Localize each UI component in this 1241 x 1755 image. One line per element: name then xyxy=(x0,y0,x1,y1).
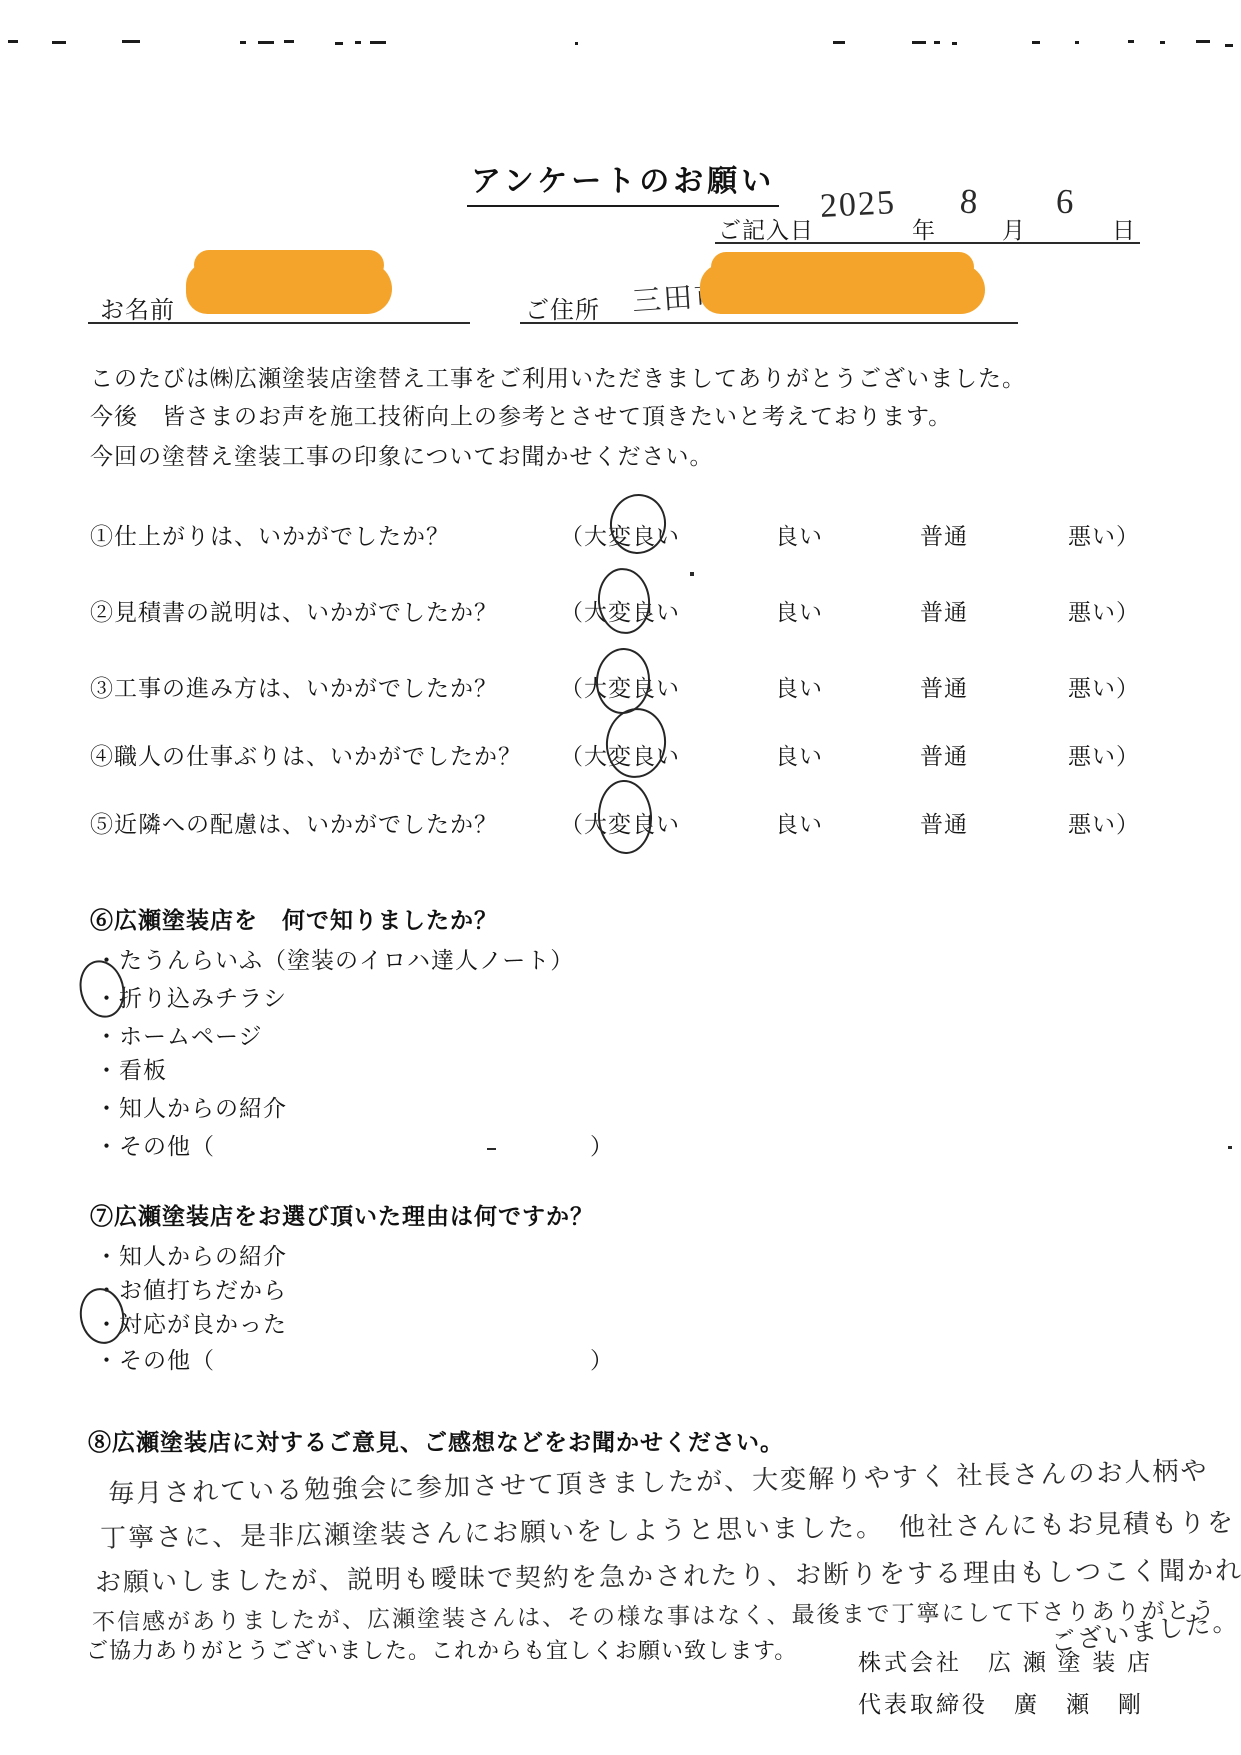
question-2-text: ②見積書の説明は、いかがでしたか？ xyxy=(90,594,498,627)
q8-handwriting-line-2: 丁寧さに、是非広瀬塗装さんにお願いをしようと思いました。 他社さんにもお見積もり… xyxy=(100,1502,1235,1555)
scan-noise xyxy=(122,40,140,43)
footer-representative: 代表取締役 廣 瀬 剛 xyxy=(858,1686,1144,1719)
question-5-selected-circle xyxy=(596,779,654,856)
scan-noise xyxy=(1196,40,1210,43)
date-day-value: 6 xyxy=(1055,182,1076,223)
scan-noise xyxy=(8,40,18,43)
question-4-option-good: 良い xyxy=(775,738,823,771)
bullet: ・ xyxy=(95,1058,119,1083)
scan-noise xyxy=(1160,41,1165,44)
scan-noise xyxy=(1075,41,1079,44)
date-label: ご記入日 xyxy=(718,212,814,245)
question-3-option-normal: 普通 xyxy=(920,670,968,703)
name-underline xyxy=(88,322,470,324)
name-label: お名前 xyxy=(100,290,175,325)
scan-noise xyxy=(240,41,246,44)
question-3-selected-circle xyxy=(594,646,652,716)
survey-document: アンケートのお願い ご記入日 2025 年 8 月 6 日 お名前 ご住所 三田… xyxy=(0,0,1241,1755)
scan-noise xyxy=(833,41,845,44)
question-3-option-bad: 悪い） xyxy=(1068,670,1140,703)
scan-noise xyxy=(487,1148,496,1150)
q7-item-referral: ・知人からの紹介 xyxy=(95,1238,287,1271)
bullet: ・ xyxy=(95,1134,119,1159)
intro-line-2: 今後 皆さまのお声を施工技術向上の参考とさせて頂きたいと考えております。 xyxy=(90,398,952,431)
address-label: ご住所 xyxy=(525,290,600,325)
address-underline xyxy=(520,322,1018,324)
q8-handwriting-line-3: お願いしましたが、説明も曖昧で契約を急かされたり、お断りをする理由もしつこく聞か… xyxy=(95,1550,1241,1599)
question-3-text: ③工事の進み方は、いかがでしたか？ xyxy=(90,670,498,703)
scan-noise xyxy=(335,42,343,45)
q6-item-homepage: ・ホームページ xyxy=(95,1018,263,1051)
bullet: ・ xyxy=(95,1024,119,1049)
q6-item-other: ・その他（ xyxy=(95,1128,215,1161)
date-day-unit: 日 xyxy=(1112,212,1136,245)
q6-other-paren-close: ） xyxy=(590,1128,614,1161)
bullet: ・ xyxy=(95,1348,119,1373)
question-7-heading: ⑦広瀬塗装店をお選び頂いた理由は何ですか？ xyxy=(90,1198,594,1231)
scan-noise xyxy=(52,41,66,44)
date-year-unit: 年 xyxy=(912,212,936,245)
date-month-value: 8 xyxy=(959,181,981,222)
date-underline xyxy=(715,242,1140,244)
scan-noise xyxy=(1228,1146,1232,1149)
question-1-text: ①仕上がりは、いかがでしたか？ xyxy=(90,518,450,551)
date-year-value: 2025 xyxy=(819,184,897,226)
q6-item-townlife: ・たうんらいふ（塗装のイロハ達人ノート） xyxy=(95,942,574,975)
question-4-option-bad: 悪い） xyxy=(1068,738,1140,771)
name-redaction xyxy=(186,262,392,314)
question-5-option-bad: 悪い） xyxy=(1068,806,1140,839)
bullet: ・ xyxy=(95,1244,119,1269)
q7-other-paren-close: ） xyxy=(590,1342,614,1375)
question-1-option-normal: 普通 xyxy=(920,518,968,551)
question-8-heading: ⑧広瀬塗装店に対するご意見、ご感想などをお聞かせください。 xyxy=(88,1424,784,1457)
question-2-option-good: 良い xyxy=(775,594,823,627)
scan-noise xyxy=(690,572,694,576)
question-5-option-good: 良い xyxy=(775,806,823,839)
address-redaction xyxy=(700,264,985,314)
scan-noise xyxy=(1128,40,1134,43)
scan-noise xyxy=(952,42,957,45)
q7-item-value: ・お値打ちだから xyxy=(95,1272,287,1305)
scan-noise xyxy=(258,41,274,44)
scan-noise xyxy=(1032,41,1040,44)
question-4-option-normal: 普通 xyxy=(920,738,968,771)
q6-item-signboard: ・看板 xyxy=(95,1052,167,1085)
q7-item-other: ・その他（ xyxy=(95,1342,215,1375)
footer-company: 株式会社 広 瀬 塗 装 店 xyxy=(858,1644,1153,1677)
intro-line-1: このたびは㈱広瀬塗装店塗替え工事をご利用いただきましてありがとうございました。 xyxy=(90,360,1026,393)
date-month-unit: 月 xyxy=(1002,212,1026,245)
question-5-text: ⑤近隣への配慮は、いかがでしたか？ xyxy=(90,806,498,839)
q6-item-referral: ・知人からの紹介 xyxy=(95,1090,287,1123)
scan-noise xyxy=(284,40,294,43)
page-title: アンケートのお願い xyxy=(467,156,779,207)
scan-noise xyxy=(934,41,940,44)
closing-text: ご協力ありがとうございました。これからも宜しくお願い致します。 xyxy=(86,1634,797,1665)
question-1-option-bad: 悪い） xyxy=(1068,518,1140,551)
intro-line-3: 今回の塗替え塗装工事の印象についてお聞かせください。 xyxy=(90,438,714,471)
question-2-option-normal: 普通 xyxy=(920,594,968,627)
question-4-text: ④職人の仕事ぶりは、いかがでしたか？ xyxy=(90,738,522,771)
bullet: ・ xyxy=(95,1096,119,1121)
q8-handwriting-line-1: 毎月されている勉強会に参加させて頂きましたが、大変解りやすく 社長さんのお人柄や xyxy=(108,1450,1209,1510)
scan-noise xyxy=(1225,44,1233,47)
question-5-option-normal: 普通 xyxy=(920,806,968,839)
question-6-heading: ⑥広瀬塗装店を 何で知りましたか？ xyxy=(90,902,498,935)
question-1-option-good: 良い xyxy=(775,518,823,551)
question-2-option-bad: 悪い） xyxy=(1068,594,1140,627)
q8-handwriting-line-4: 不信感がありましたが、広瀬塗装さんは、その様な事はなく、最後まで丁寧にして下さり… xyxy=(92,1592,1217,1637)
scan-noise xyxy=(912,41,926,44)
scan-noise xyxy=(370,41,386,44)
scan-noise xyxy=(355,41,361,44)
scan-noise xyxy=(575,42,578,45)
question-3-option-good: 良い xyxy=(775,670,823,703)
